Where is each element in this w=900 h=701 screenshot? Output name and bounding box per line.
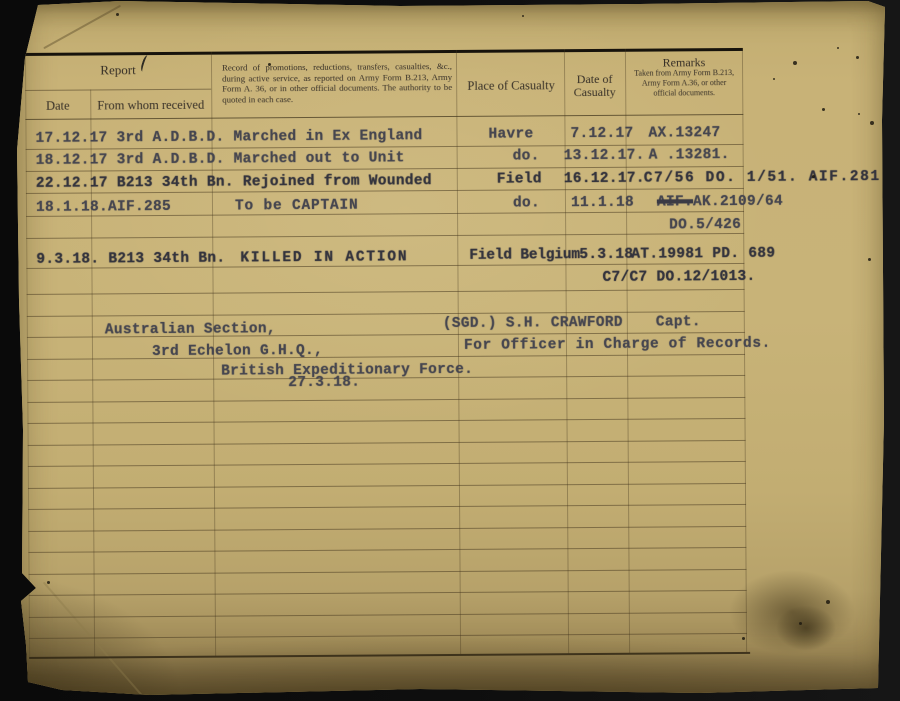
paper-speck [773,78,775,80]
paper-speck [856,56,859,59]
report-header-divider [25,89,211,91]
paper-speck [799,622,802,625]
entry-3-place: Field [497,173,542,186]
paper-speck [116,13,119,16]
paper-speck [812,175,815,178]
paper-speck [268,63,271,66]
report-column-heading: Report [25,62,211,79]
paper-speck [47,581,50,584]
scan-background: Report Date From whom received Record of… [0,0,900,701]
from-whom-column-heading: From whom received [90,98,211,114]
remarks-column-note: Taken from Army Form B.213, Army Form A.… [630,68,738,99]
form-content: Report Date From whom received Record of… [0,0,900,701]
paper-speck [858,113,860,115]
ruled-line [27,310,745,316]
ruled-line [28,461,746,467]
signature-section-line2: 3rd Echelon G.H.Q., [152,345,323,359]
ruled-line [27,418,745,424]
ruled-line [29,590,747,596]
column-lines-layer [0,0,898,3]
entry-4-action: To be CAPTAIN [235,200,359,214]
entry-5-action: KILLED IN ACTION [240,251,408,265]
entry-5-remarks-line2: C7/C7 DO.12/1013. [602,271,755,285]
ruled-line [27,289,745,295]
entry-4-date: 11.1.18 [571,197,634,210]
ruled-line [28,525,746,531]
place-column-heading: Place of Casualty [459,78,563,94]
paper-speck [868,258,871,261]
entry-5-place: Field Belgium [469,249,580,263]
entry-1-place: Havre [488,128,533,141]
ruled-line [28,504,746,510]
ruled-lines-layer [0,0,898,3]
paper-speck [522,15,524,17]
entry-4-remarks-struck-text: AIF. [657,194,693,210]
ruled-line [28,482,746,488]
entry-1-date: 7.12.17 [570,128,633,141]
entry-2-place: do. [513,150,540,163]
entry-5-remarks: AT.19981 PD. 689 [631,248,775,262]
entry-4-remarks: AIF.AK.2109/64 [657,196,783,210]
entry-2-remarks: A .13281. [649,149,730,163]
signature-date: 27.3.18. [288,377,360,391]
entry-5-report: 9.3.18. B213 34th Bn. [36,253,225,267]
entry-3-date: 16.12.17. [564,173,645,187]
table-top-border [25,48,743,56]
paper-speck [742,637,745,640]
ruled-line [27,396,745,402]
ruled-line [29,568,747,574]
ruled-line [29,633,747,639]
entry-2-report: 18.12.17 3rd A.D.B.D. Marched out to Uni… [36,152,405,168]
date-column-heading: Date [25,99,90,114]
paper-speck [870,121,874,125]
entry-2-date: 13.12.17. [564,150,645,164]
ruled-line [28,547,746,553]
entry-3-report: 22.12.17 B213 34th Bn. Rejoined from Wou… [36,175,432,191]
column-line [456,50,461,654]
ruled-line [27,353,745,359]
entry-3-remarks: C7/56 DO. 1/51. AIF.281 [644,171,881,186]
date-of-casualty-heading-line2: Casualty [564,85,625,100]
header-bottom-line [25,114,743,120]
record-column-note: Record of promotions, reductions, transf… [222,61,452,105]
signature-for-line: For Officer in Charge of Records. [464,338,771,353]
column-line [25,53,30,657]
ruled-line [26,232,744,238]
entry-1-remarks: AX.13247 [648,127,720,141]
entry-4-remarks-text: AK.2109/64 [693,194,783,211]
entry-5-date: 5.3.18 [579,249,633,262]
signature-rank: Capt. [656,316,701,329]
entry-4-place: do. [513,197,540,210]
ruled-line [28,439,746,445]
paper-speck [837,47,839,49]
table-bottom-line [29,652,750,659]
ruled-line [29,611,747,617]
signature-section-line1: Australian Section, [105,323,276,337]
document-paper: Report Date From whom received Record of… [0,0,900,701]
signature-signed: (SGD.) S.H. CRAWFORD [443,317,623,331]
entry-1-report: 17.12.17 3rd A.D.B.D. Marched in Ex Engl… [35,130,422,146]
entry-4-remarks-line2: DO.5/426 [669,219,741,233]
entry-4-report: 18.1.18.AIF.285 [36,201,171,215]
paper-speck [822,108,825,111]
paper-speck [793,61,797,65]
paper-speck [826,600,830,604]
